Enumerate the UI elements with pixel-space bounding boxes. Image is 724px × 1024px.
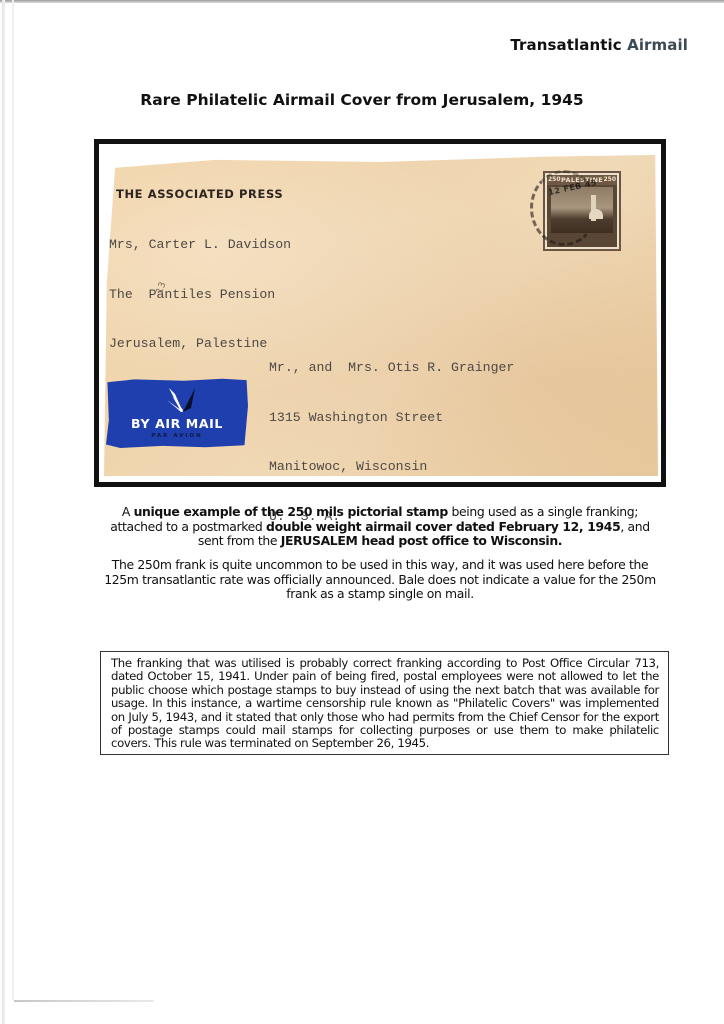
historical-note-box: The franking that was utilised is probab… bbox=[100, 651, 669, 755]
desc-text: A bbox=[122, 504, 134, 519]
wing-icon bbox=[167, 386, 197, 414]
recipient-address-line: Mr., and Mrs. Otis R. Grainger bbox=[269, 360, 514, 377]
airmail-label-text: BY AIR MAIL bbox=[106, 416, 248, 431]
sender-address-line: Jerusalem, Palestine bbox=[109, 336, 291, 353]
description-paragraph-1: A unique example of the 250 mils pictori… bbox=[100, 505, 660, 549]
desc-bold-text: unique example of the 250 mils pictorial… bbox=[134, 504, 448, 519]
sender-address-line: Mrs, Carter L. Davidson bbox=[109, 237, 291, 254]
page-title: Rare Philatelic Airmail Cover from Jerus… bbox=[0, 91, 724, 109]
airmail-label-subtext: PAR AVION bbox=[106, 433, 248, 439]
header-title-word2: Airmail bbox=[627, 36, 688, 54]
description-paragraph-2: The 250m frank is quite uncommon to be u… bbox=[100, 558, 660, 602]
page-edge-top bbox=[0, 0, 724, 3]
sender-address-line: The Pantiles Pension bbox=[109, 287, 291, 304]
sender-address: Mrs, Carter L. Davidson The Pantiles Pen… bbox=[109, 204, 291, 369]
recipient-address-line: 1315 Washington Street bbox=[269, 410, 514, 427]
page-edge-left-inner bbox=[12, 0, 14, 1000]
page-edge-left bbox=[2, 0, 5, 1024]
header-title-word1: Transatlantic bbox=[510, 36, 621, 54]
desc-bold-text: JERUSALEM head post office to Wisconsin. bbox=[281, 533, 562, 548]
page-edge-bottom bbox=[14, 1000, 154, 1002]
sender-organization: THE ASSOCIATED PRESS bbox=[116, 187, 283, 201]
stamp-value-right: 250 bbox=[603, 175, 616, 185]
desc-bold-text: double weight airmail cover dated Februa… bbox=[266, 519, 620, 534]
recipient-address-line: Manitowoc, Wisconsin bbox=[269, 459, 514, 476]
header-title: Transatlantic Airmail bbox=[510, 36, 688, 54]
